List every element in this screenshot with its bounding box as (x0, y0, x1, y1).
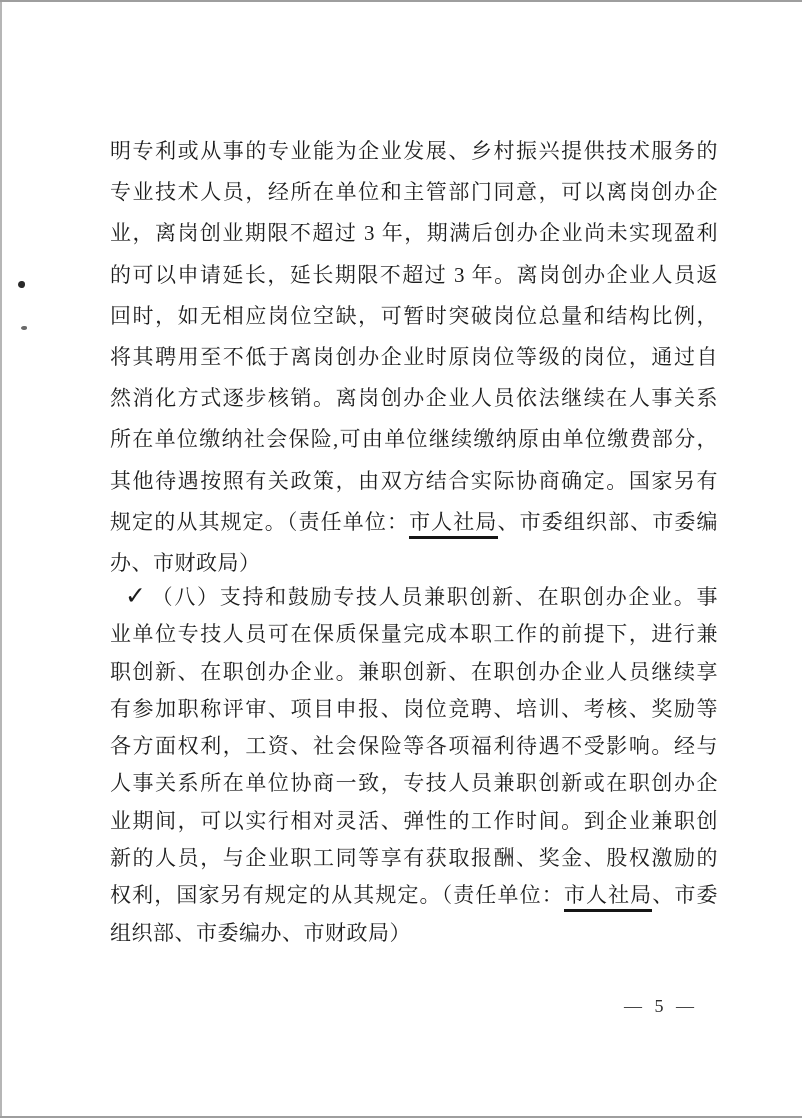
text-segment: 的可以申请延长，延长期限不超过 3 年。离岗创办企业人员返 (110, 263, 718, 287)
text-segment: 业，离岗创业期限不超过 3 年，期满后创办企业尚未实现盈利 (110, 221, 718, 245)
text-segment: 业期间，可以实行相对灵活、弹性的工作时间。到企业兼职创 (110, 809, 718, 833)
text-segment: 有参加职称评审、项目申报、岗位竞聘、培训、考核、奖励等 (110, 697, 718, 721)
text-segment: 各方面权利，工资、社会保险等各项福利待遇不受影响。经与 (110, 734, 718, 758)
text-segment: 业单位专技人员可在保质保量完成本职工作的前提下，进行兼 (110, 622, 718, 646)
text-line: 回时，如无相应岗位空缺，可暂时突破岗位总量和结构比例， (110, 296, 718, 337)
page-number: — 5 — (624, 996, 698, 1017)
text-segment: 新的人员，与企业职工同等享有获取报酬、奖金、股权激励的 (110, 846, 718, 870)
text-segment: 专业技术人员，经所在单位和主管部门同意，可以离岗创办企 (110, 180, 718, 204)
text-line: 业，离岗创业期限不超过 3 年，期满后创办企业尚未实现盈利 (110, 213, 718, 254)
text-segment: 规定的从其规定。（责任单位： (110, 510, 409, 534)
text-segment: 人事关系所在单位协商一致，专技人员兼职创新或在职创办企 (110, 771, 718, 795)
check-mark-icon: ✓ (110, 581, 152, 610)
text-line: 其他待遇按照有关政策，由双方结合实际协商确定。国家另有 (110, 461, 718, 502)
text-line: 然消化方式逐步核销。离岗创办企业人员依法继续在人事关系 (110, 378, 718, 419)
text-line: 权利，国家另有规定的从其规定。（责任单位：市人社局、市委 (110, 877, 718, 914)
text-line: 有参加职称评审、项目申报、岗位竞聘、培训、考核、奖励等 (110, 691, 718, 728)
text-line: 业单位专技人员可在保质保量完成本职工作的前提下，进行兼 (110, 616, 718, 653)
text-segment: 办、市财政局） (110, 551, 261, 575)
text-segment: 回时，如无相应岗位空缺，可暂时突破岗位总量和结构比例， (110, 304, 718, 328)
text-line: 业期间，可以实行相对灵活、弹性的工作时间。到企业兼职创 (110, 803, 718, 840)
text-line: 各方面权利，工资、社会保险等各项福利待遇不受影响。经与 (110, 728, 718, 765)
text-segment: 、市委 (652, 883, 718, 907)
text-segment: 然消化方式逐步核销。离岗创办企业人员依法继续在人事关系 (110, 386, 718, 410)
text-line: 所在单位缴纳社会保险,可由单位继续缴纳原由单位缴费部分， (110, 419, 718, 460)
scan-speck (18, 281, 25, 288)
text-line: 将其聘用至不低于离岗创办企业时原岗位等级的岗位，通过自 (110, 337, 718, 378)
underlined-agency-name: 市人社局 (564, 883, 652, 912)
paragraph-leave-post-startup: 明专利或从事的专业能为企业发展、乡村振兴提供技术服务的专业技术人员，经所在单位和… (110, 131, 718, 584)
text-line: ✓（八）支持和鼓励专技人员兼职创新、在职创办企业。事 (110, 577, 718, 616)
text-segment: 明专利或从事的专业能为企业发展、乡村振兴提供技术服务的 (110, 139, 718, 163)
underlined-agency-name: 市人社局 (409, 510, 497, 539)
scanned-document-page: 明专利或从事的专业能为企业发展、乡村振兴提供技术服务的专业技术人员，经所在单位和… (0, 0, 802, 1118)
text-line: 人事关系所在单位协商一致，专技人员兼职创新或在职创办企 (110, 765, 718, 802)
text-segment: 权利，国家另有规定的从其规定。（责任单位： (110, 883, 564, 907)
text-segment: 所在单位缴纳社会保险,可由单位继续缴纳原由单位缴费部分， (110, 427, 718, 451)
text-segment: 、市委组织部、市委编 (498, 510, 719, 534)
text-segment: 将其聘用至不低于离岗创办企业时原岗位等级的岗位，通过自 (110, 345, 718, 369)
text-line: 专业技术人员，经所在单位和主管部门同意，可以离岗创办企 (110, 172, 718, 213)
paragraph-item-8-moonlighting: ✓（八）支持和鼓励专技人员兼职创新、在职创办企业。事业单位专技人员可在保质保量完… (110, 577, 718, 952)
text-segment: （八）支持和鼓励专技人员兼职创新、在职创办企业。事 (152, 585, 718, 609)
text-line: 职创新、在职创办企业。兼职创新、在职创办企业人员继续享 (110, 654, 718, 691)
text-line: 组织部、市委编办、市财政局） (110, 915, 718, 952)
scan-edge-left (0, 0, 2, 1118)
text-segment: 组织部、市委编办、市财政局） (110, 921, 411, 945)
text-line: 新的人员，与企业职工同等享有获取报酬、奖金、股权激励的 (110, 840, 718, 877)
document-text: 明专利或从事的专业能为企业发展、乡村振兴提供技术服务的专业技术人员，经所在单位和… (110, 0, 718, 1118)
text-line: 明专利或从事的专业能为企业发展、乡村振兴提供技术服务的 (110, 131, 718, 172)
text-segment: 职创新、在职创办企业。兼职创新、在职创办企业人员继续享 (110, 660, 718, 684)
text-line: 规定的从其规定。（责任单位：市人社局、市委组织部、市委编 (110, 502, 718, 543)
text-segment: 其他待遇按照有关政策，由双方结合实际协商确定。国家另有 (110, 469, 718, 493)
scan-speck (21, 326, 27, 330)
text-line: 的可以申请延长，延长期限不超过 3 年。离岗创办企业人员返 (110, 255, 718, 296)
